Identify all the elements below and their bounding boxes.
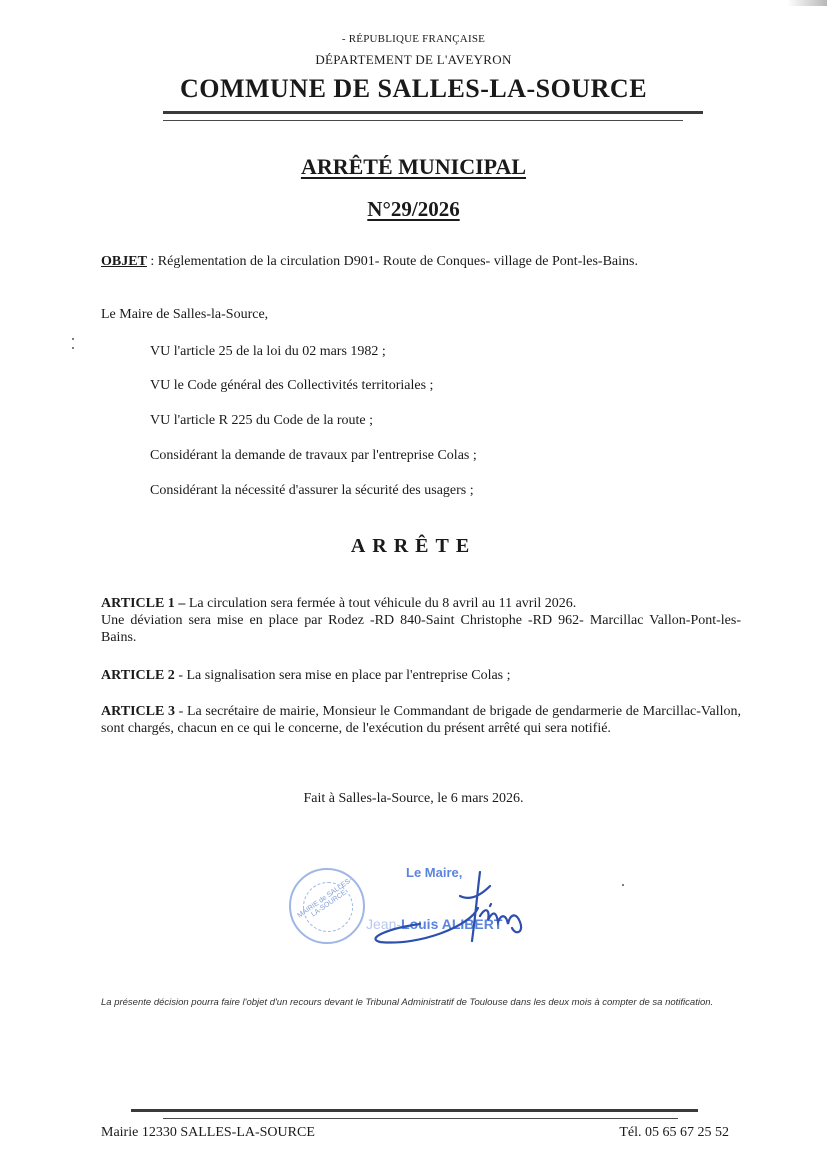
article-label: ARTICLE 2 [101, 668, 175, 683]
town-hall-stamp: MAIRIE de SALLES-LA-SOURCE [289, 868, 365, 944]
decree-number: N°29/2026 [0, 197, 827, 222]
header-divider-thick [163, 111, 703, 114]
consideration-item: VU l'article R 225 du Code de la route ; [150, 412, 373, 429]
article-3: ARTICLE 3 - La secrétaire de mairie, Mon… [101, 703, 741, 737]
article-detour: Une déviation sera mise en place par Rod… [101, 613, 741, 645]
mayor-intro: Le Maire de Salles-la-Source, [101, 306, 268, 323]
footer-address: Mairie 12330 SALLES-LA-SOURCE [101, 1125, 315, 1141]
scan-speck [622, 884, 624, 886]
commune-title: COMMUNE DE SALLES-LA-SOURCE [0, 74, 827, 104]
consideration-item: VU le Code général des Collectivités ter… [150, 377, 433, 394]
footer-phone: Tél. 05 65 67 25 52 [619, 1125, 729, 1141]
scan-speck [72, 347, 74, 349]
handwritten-signature-icon [360, 866, 560, 946]
consideration-item: Considérant la nécessité d'assurer la sé… [150, 482, 474, 499]
republic-label: - RÉPUBLIQUE FRANÇAISE [0, 33, 827, 45]
article-label: ARTICLE 1 [101, 596, 175, 611]
subject-label: OBJET [101, 254, 147, 269]
subject-text: Réglementation de la circulation D901- R… [158, 254, 638, 269]
consideration-item: Considérant la demande de travaux par l'… [150, 447, 477, 464]
decree-heading: ARRÊTE [0, 535, 827, 558]
footer-divider-thin [163, 1118, 678, 1119]
done-at-line: Fait à Salles-la-Source, le 6 mars 2026. [0, 790, 827, 807]
decree-title: ARRÊTÉ MUNICIPAL [0, 154, 827, 180]
article-1: ARTICLE 1 – La circulation sera fermée à… [101, 595, 741, 646]
scan-edge-artifact [787, 0, 827, 6]
header-divider-thin [163, 120, 683, 121]
article-2: ARTICLE 2 - La signalisation sera mise e… [101, 667, 741, 684]
article-label: ARTICLE 3 [101, 704, 175, 719]
footer-divider-thick [131, 1109, 698, 1112]
subject-line: OBJET : Réglementation de la circulation… [101, 253, 638, 270]
scan-speck [72, 338, 74, 340]
consideration-item: VU l'article 25 de la loi du 02 mars 198… [150, 343, 386, 360]
department-label: DÉPARTEMENT DE L'AVEYRON [0, 52, 827, 68]
appeal-notice: La présente décision pourra faire l'obje… [101, 996, 761, 1009]
